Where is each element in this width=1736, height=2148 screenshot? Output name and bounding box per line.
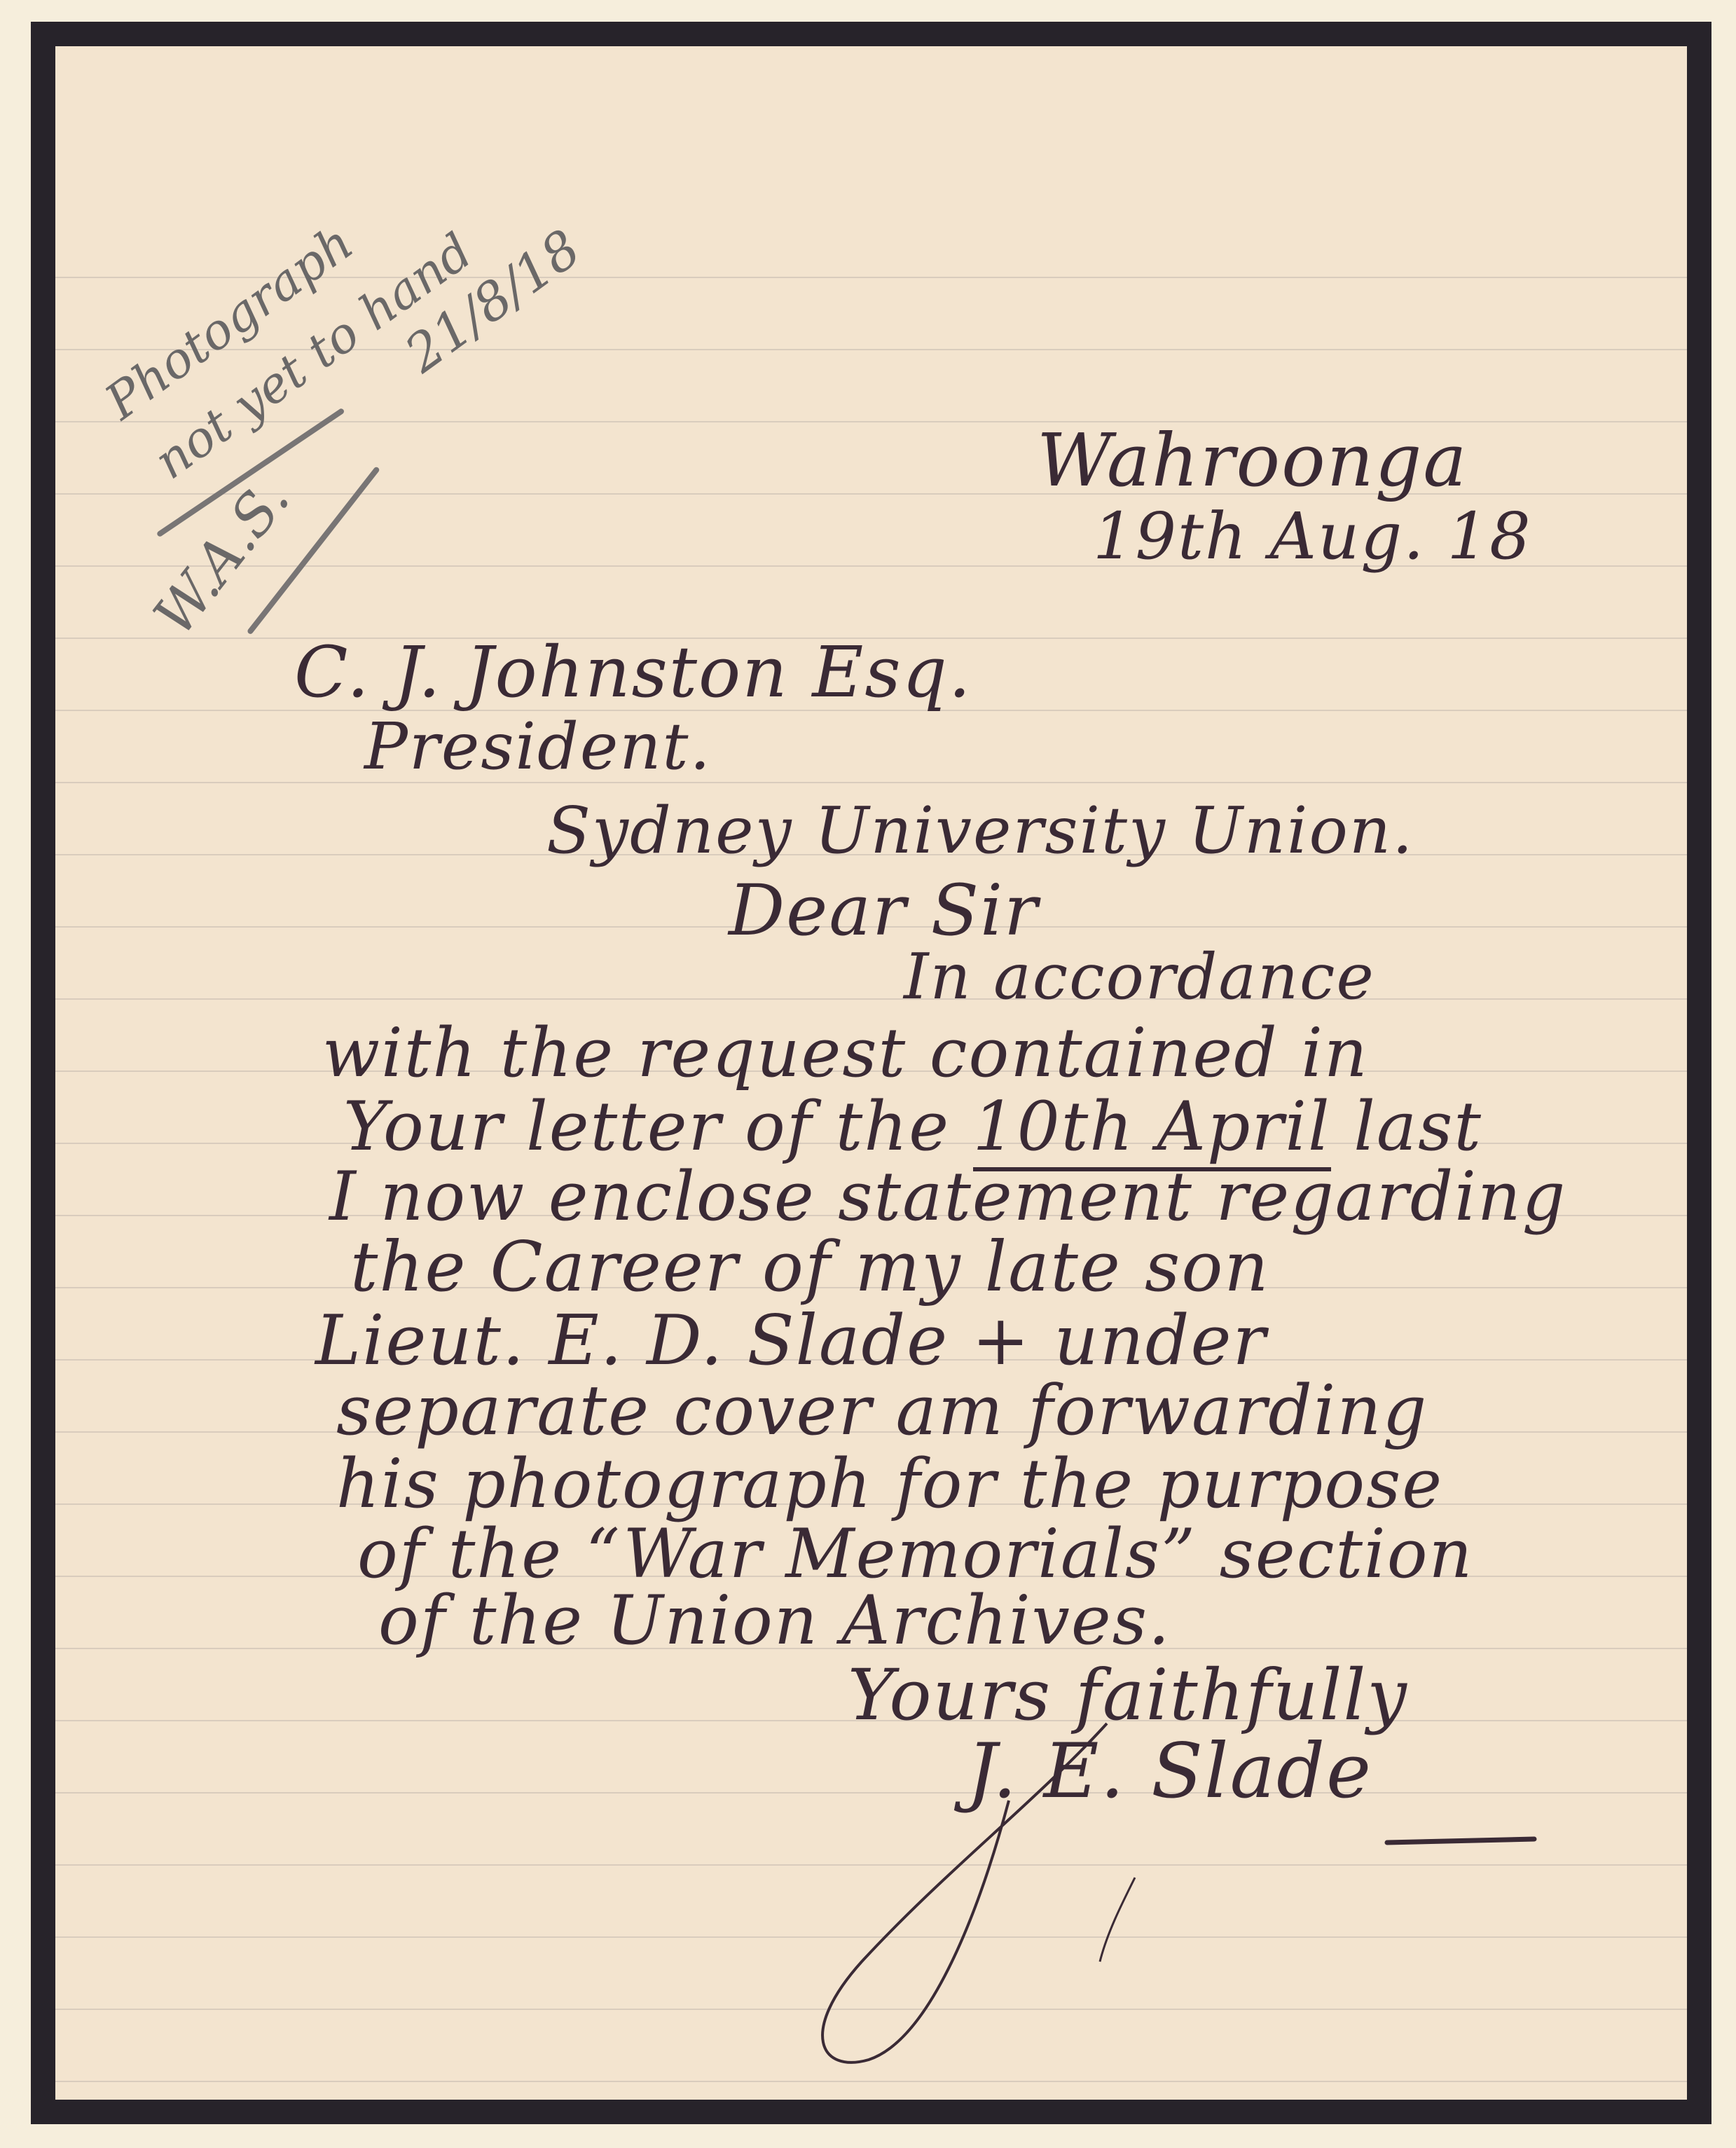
- body-line-3-end: last: [1353, 1087, 1482, 1166]
- ruled-line: [55, 998, 1687, 1000]
- ruled-line: [55, 1792, 1687, 1794]
- addressee-title: President.: [364, 715, 712, 779]
- body-line-3: Your letter of the 10th April last: [343, 1093, 1482, 1160]
- body-line-10: of the Union Archives.: [378, 1587, 1171, 1654]
- body-line-8: his photograph for the purpose: [336, 1450, 1443, 1517]
- body-line-1: In accordance: [904, 946, 1375, 1009]
- body-line-2: with the request contained in: [322, 1019, 1369, 1087]
- body-line-9: of the “War Memorials” section: [357, 1520, 1473, 1588]
- closing: Yours faithfully: [848, 1660, 1408, 1730]
- body-line-5: the Career of my late son: [350, 1233, 1269, 1302]
- heading-date: 19th Aug. 18: [1093, 504, 1532, 569]
- ruled-line: [55, 1936, 1687, 1938]
- ruled-line: [55, 2009, 1687, 2010]
- body-line-3-text: Your letter of the: [343, 1087, 950, 1166]
- body-line-7: separate cover am forwarding: [336, 1377, 1428, 1445]
- ruled-line: [55, 1864, 1687, 1866]
- body-line-6: Lieut. E. D. Slade + under: [315, 1307, 1267, 1375]
- salutation: Dear Sir: [729, 876, 1039, 946]
- signature: J. E. Slade: [967, 1734, 1372, 1810]
- ruled-line: [55, 782, 1687, 783]
- addressee-name: C. J. Johnston Esq.: [294, 638, 972, 708]
- body-line-4: I now enclose statement regarding: [329, 1163, 1566, 1230]
- addressee-organisation: Sydney University Union.: [546, 799, 1414, 863]
- ruled-line: [55, 2081, 1687, 2082]
- heading-place: Wahroonga: [1037, 424, 1468, 497]
